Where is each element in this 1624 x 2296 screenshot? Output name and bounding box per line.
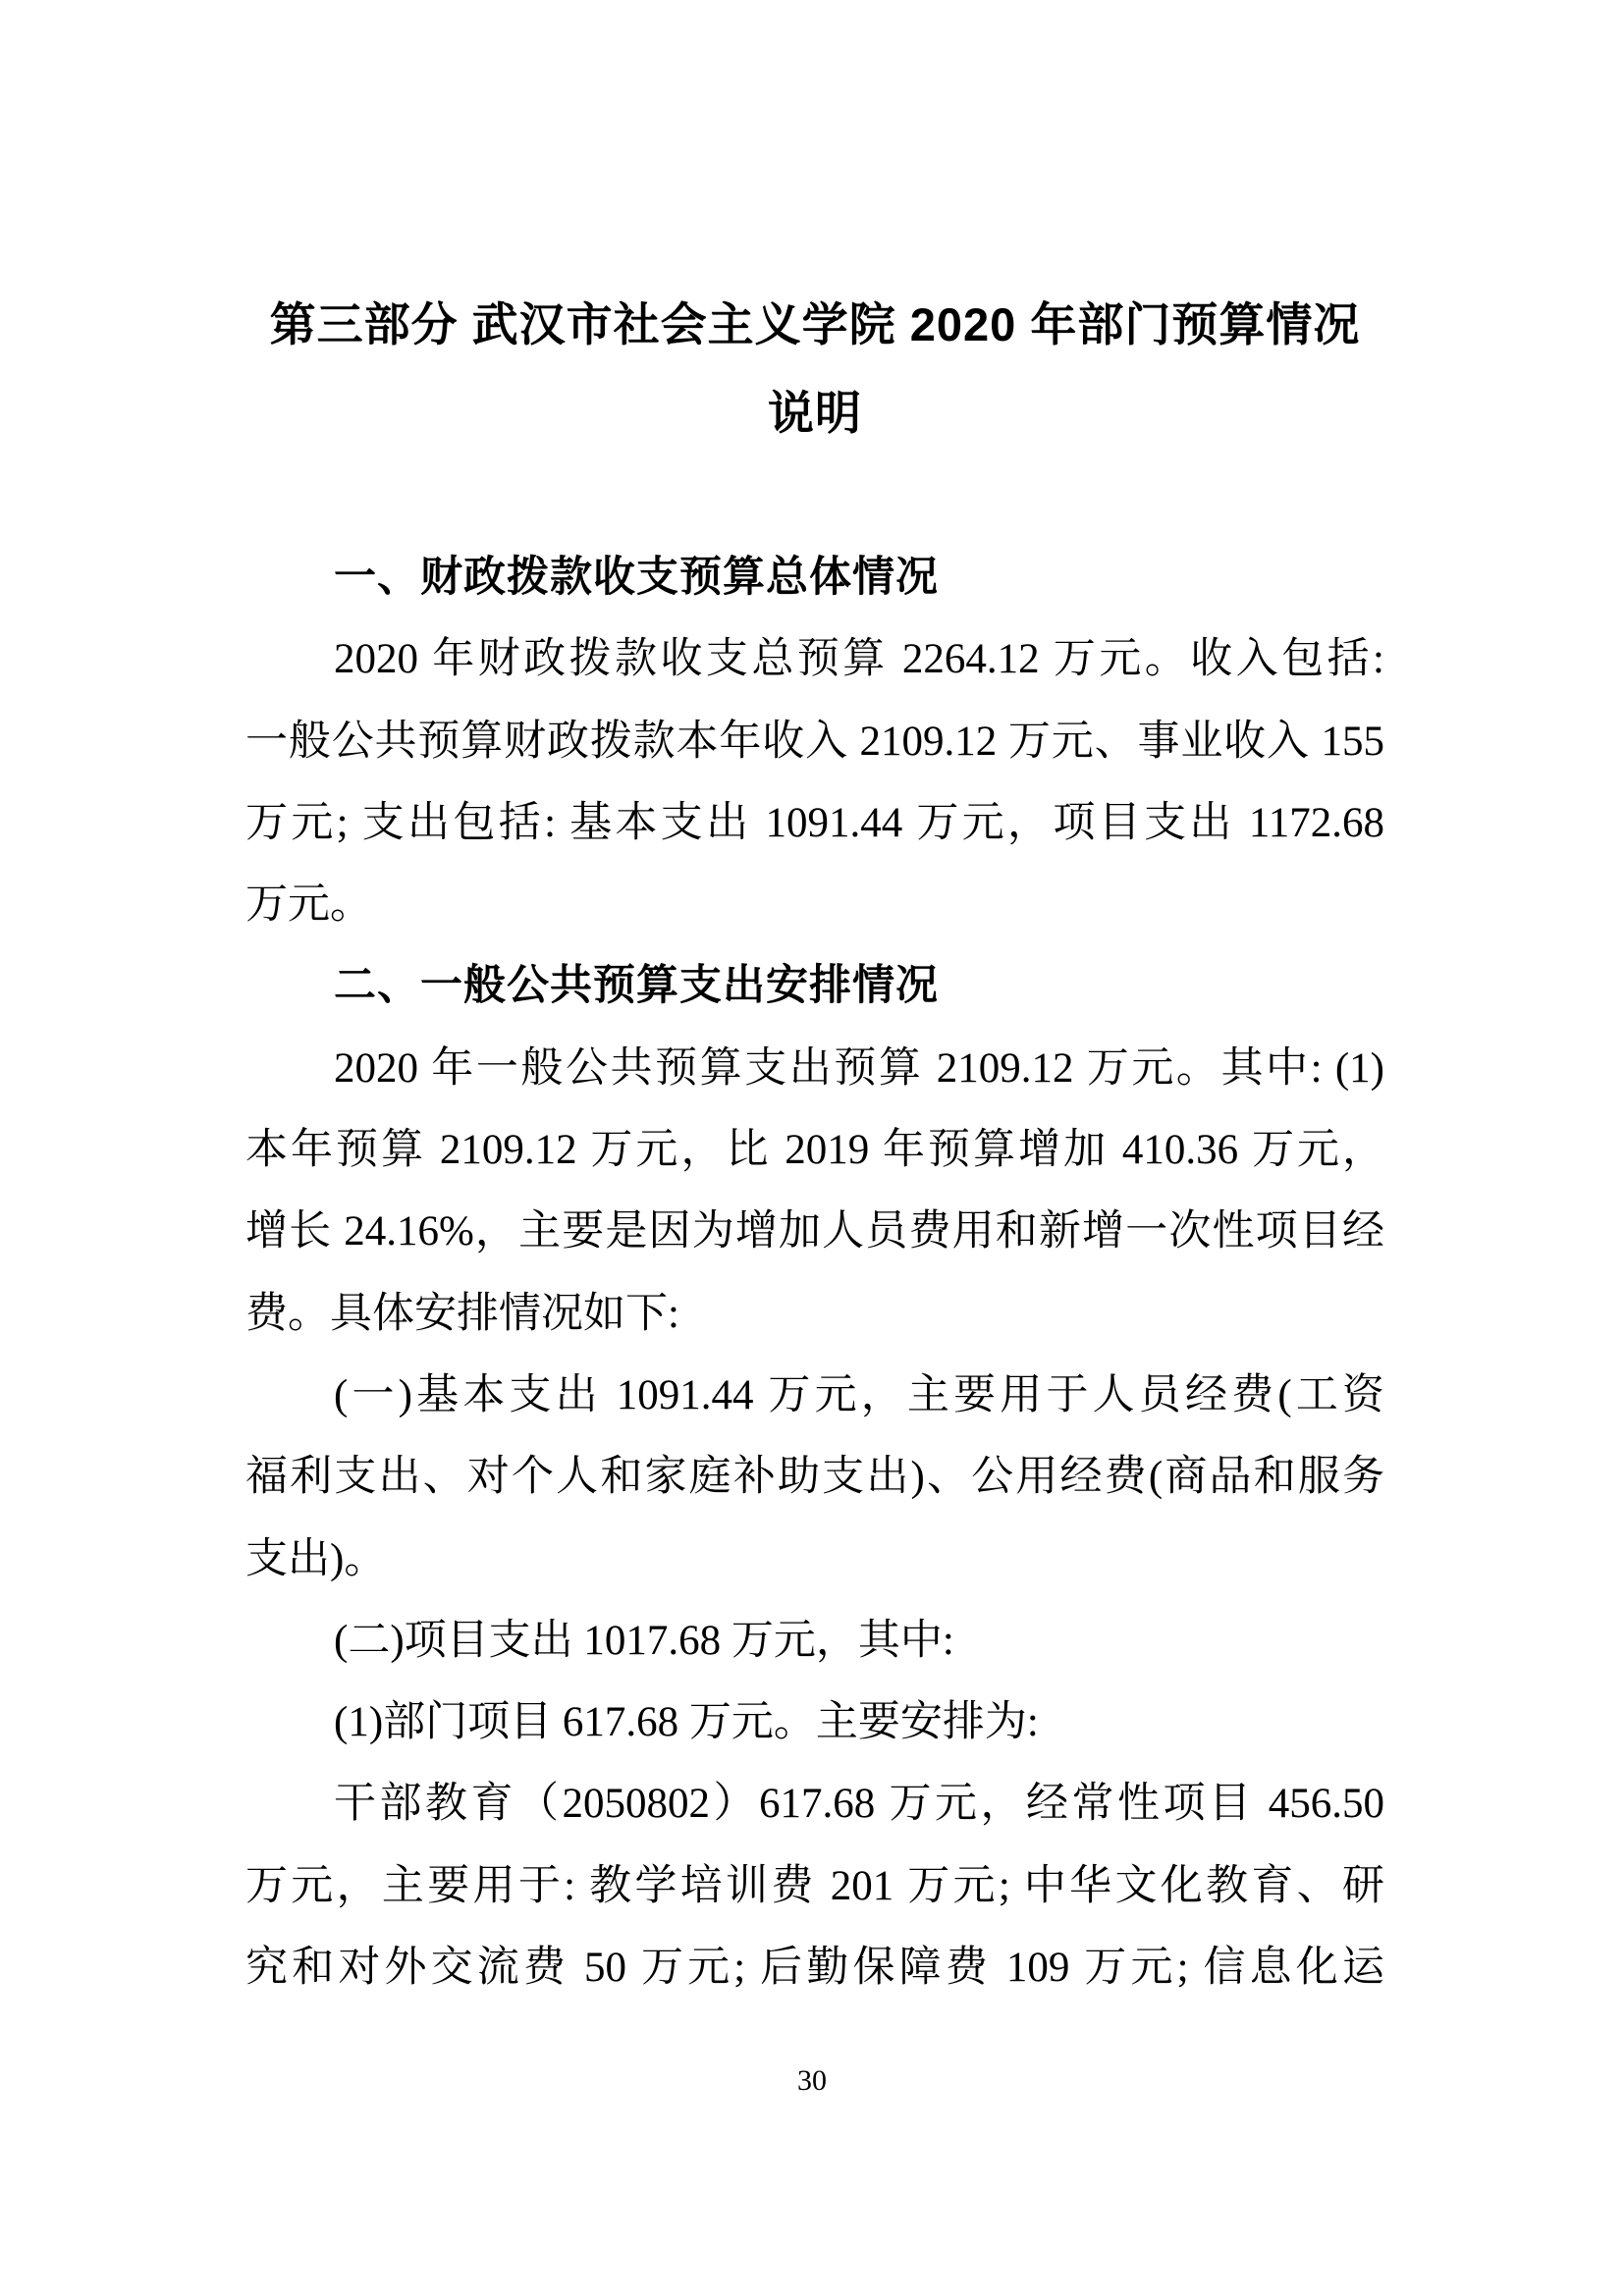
paragraph-line: 2020 年财政拨款收支总预算 2264.12 万元。收入包括:	[245, 618, 1384, 700]
paragraph-line: 费。具体安排情况如下:	[245, 1273, 1384, 1355]
paragraph-line: 本年预算 2109.12 万元，比 2019 年预算增加 410.36 万元，	[245, 1109, 1384, 1191]
section-2-heading: 二、一般公共预算支出安排情况	[245, 945, 1384, 1027]
paragraph-line: 一般公共预算财政拨款本年收入 2109.12 万元、事业收入 155	[245, 701, 1384, 782]
paragraph-line: 究和对外交流费 50 万元; 后勤保障费 109 万元; 信息化运	[245, 1927, 1384, 2008]
paragraph-line: 支出)。	[245, 1519, 1384, 1600]
paragraph-line: 福利支出、对个人和家庭补助支出)、公用经费(商品和服务	[245, 1436, 1384, 1518]
document-page: 第三部分 武汉市社会主义学院 2020 年部门预算情况 说明 一、财政拨款收支预…	[0, 0, 1624, 2296]
document-title: 第三部分 武汉市社会主义学院 2020 年部门预算情况 说明	[245, 281, 1384, 457]
paragraph-line: (二)项目支出 1017.68 万元，其中:	[245, 1600, 1384, 1682]
paragraph-line: 增长 24.16%，主要是因为增加人员费用和新增一次性项目经	[245, 1191, 1384, 1272]
paragraph-line: 万元; 支出包括: 基本支出 1091.44 万元，项目支出 1172.68	[245, 782, 1384, 864]
paragraph-line: (一)基本支出 1091.44 万元，主要用于人员经费(工资	[245, 1355, 1384, 1436]
section-1-heading: 一、财政拨款收支预算总体情况	[245, 537, 1384, 618]
document-body: 一、财政拨款收支预算总体情况 2020 年财政拨款收支总预算 2264.12 万…	[245, 537, 1384, 2008]
paragraph-line: 2020 年一般公共预算支出预算 2109.12 万元。其中: (1)	[245, 1028, 1384, 1109]
paragraph-line: (1)部门项目 617.68 万元。主要安排为:	[245, 1682, 1384, 1763]
paragraph-line: 干部教育（2050802）617.68 万元，经常性项目 456.50	[245, 1763, 1384, 1844]
page-number: 30	[0, 2061, 1624, 2101]
document-title-line-2: 说明	[245, 369, 1384, 457]
document-title-line-1: 第三部分 武汉市社会主义学院 2020 年部门预算情况	[245, 281, 1384, 369]
paragraph-line: 万元，主要用于: 教学培训费 201 万元; 中华文化教育、研	[245, 1845, 1384, 1927]
paragraph-line: 万元。	[245, 864, 1384, 945]
